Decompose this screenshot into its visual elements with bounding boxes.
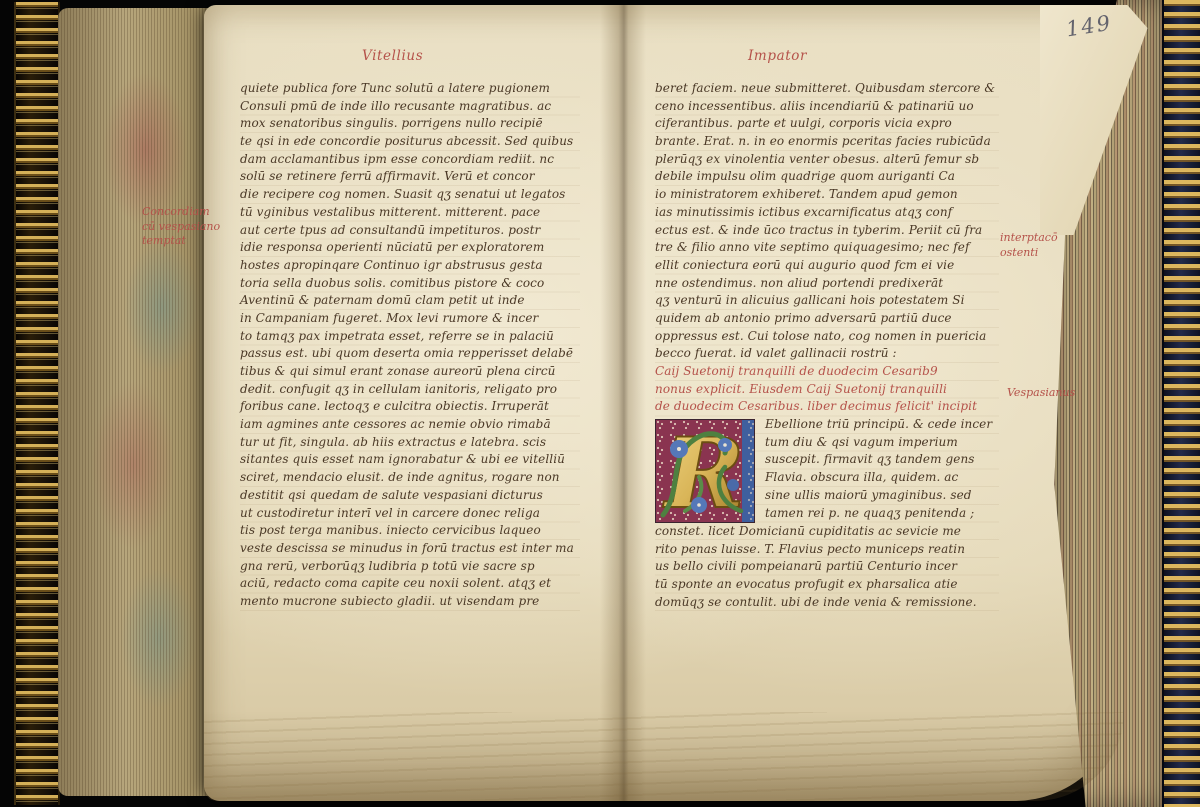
manuscript-text-line: nne ostendimus. non aliud portendi predi…	[655, 275, 999, 293]
manuscript-text-line: ostenti	[1000, 246, 1058, 261]
manuscript-text-line: sciret, mendacio elusit. de inde agnitus…	[240, 469, 580, 487]
manuscript-text-line: tur ut fit, singula. ab hiis extractus e…	[240, 434, 580, 452]
right-cover-gold-tooling	[1162, 0, 1200, 807]
vespasian-incipit-section: R Ebellione triū principū. & cede incert…	[655, 416, 999, 523]
manuscript-text-line: constet. licet Domicianū cupiditatis ac …	[655, 523, 999, 541]
manuscript-text-line: hostes apropinqare Continuo igr abstrusu…	[240, 257, 580, 275]
manuscript-text-line: Concordiam	[142, 205, 220, 220]
illuminated-initial: R	[655, 419, 755, 523]
left-cover-gold-tooling	[14, 2, 60, 805]
manuscript-text-line: us bello civili pompeianarū partiū Centu…	[655, 558, 999, 576]
manuscript-text-line: toria sella duobus solis. comitibus pist…	[240, 275, 580, 293]
explicit-incipit-rubric: Caij Suetonij tranquilli de duodecim Ces…	[655, 363, 999, 416]
vespasian-continuation-text: constet. licet Domicianū cupiditatis ac …	[655, 523, 999, 611]
running-header-right: Impator	[748, 48, 807, 64]
manuscript-text-line: aciū, redacto coma capite ceu noxii sole…	[240, 575, 580, 593]
manuscript-text-line: veste descissa se minudus in forū tractu…	[240, 540, 580, 558]
manuscript-text-line: Caij Suetonij tranquilli de duodecim Ces…	[655, 363, 999, 381]
manuscript-text-line: idie responsa operienti nūciatū per expl…	[240, 239, 580, 257]
manuscript-text-line: cū vespasiano	[142, 220, 220, 235]
manuscript-text-line: mox senatoribus singulis. porrigens null…	[240, 115, 580, 133]
manuscript-text-line: ellit coniectura eorū qui augurio quod f…	[655, 257, 999, 275]
manuscript-text-line: mento mucrone subiecto gladii. ut visend…	[240, 593, 580, 611]
manuscript-text-line: interptacō	[1000, 231, 1058, 246]
manuscript-text-line: beret faciem. neue submitteret. Quibusda…	[655, 80, 999, 98]
margin-note-concordiam: Concordiamcū vespasianotemptat	[142, 205, 220, 249]
manuscript-text-line: die recipere cog nomen. Suasit qʒ senatu…	[240, 186, 580, 204]
manuscript-text-line: nonus explicit. Eiusdem Caij Suetonij tr…	[655, 381, 999, 399]
manuscript-text-line: tre & filio anno vite septimo quiquagesi…	[655, 239, 999, 257]
gutter-shadow	[600, 5, 646, 801]
left-page-text: quiete publica fore Tunc solutū a latere…	[240, 80, 580, 611]
page-bottom-shading	[204, 712, 1124, 801]
manuscript-text-line: tū sponte an evocatus profugit ex pharsa…	[655, 576, 999, 594]
manuscript-text-line: Aventinū & paternam domū clam petit ut i…	[240, 292, 580, 310]
manuscript-photo: 149 Vitellius Impator Concordiamcū vespa…	[0, 0, 1200, 807]
manuscript-text-line: plerūqʒ ex vinolentia venter obesus. alt…	[655, 151, 999, 169]
manuscript-text-line: in Campaniam fugeret. Mox levi rumore & …	[240, 310, 580, 328]
manuscript-text-line: debile impulsu olim quadrige quom auriga…	[655, 168, 999, 186]
manuscript-text-line: oppressus est. Cui tolose nato, cog nome…	[655, 328, 999, 346]
margin-note-interpretatio: interptacōostenti	[1000, 231, 1058, 260]
manuscript-text-line: tibus & qui simul erant zonase aureorū p…	[240, 363, 580, 381]
manuscript-text-line: ias minutissimis ictibus excarnificatus …	[655, 204, 999, 222]
manuscript-text-line: tis post terga manibus. iniecto cervicib…	[240, 522, 580, 540]
manuscript-text-line: sitantes quis esset nam ignorabatur & ub…	[240, 451, 580, 469]
manuscript-text-line: brante. Erat. n. in eo enormis pceritas …	[655, 133, 999, 151]
manuscript-text-line: becco fuerat. id valet gallinacii rostrū…	[655, 345, 999, 363]
manuscript-text-line: passus est. ubi quom deserta omia repper…	[240, 345, 580, 363]
running-header-left: Vitellius	[362, 48, 423, 64]
manuscript-text-line: iam agmines ante cessores ac nemie obvio…	[240, 416, 580, 434]
manuscript-text-line: tū vginibus vestalibus mitterent. mitter…	[240, 204, 580, 222]
manuscript-text-line: to tamqʒ pax impetrata esset, referre se…	[240, 328, 580, 346]
manuscript-text-line: quiete publica fore Tunc solutū a latere…	[240, 80, 580, 98]
manuscript-text-line: rito penas luisse. T. Flavius pecto muni…	[655, 541, 999, 559]
manuscript-text-line: quidem ab antonio primo adversarū partiū…	[655, 310, 999, 328]
left-painted-foredge	[58, 8, 226, 796]
manuscript-text-line: dam acclamantibus ipm esse concordiam re…	[240, 151, 580, 169]
manuscript-text-line: solū se retinere ferrū affirmavit. Verū …	[240, 168, 580, 186]
manuscript-text-line: temptat	[142, 234, 220, 249]
manuscript-text-line: ciferantibus. parte et uulgi, corporis v…	[655, 115, 999, 133]
manuscript-text-line: ceno incessentibus. aliis incendiariū & …	[655, 98, 999, 116]
manuscript-text-line: ectus est. & inde ūco tractus in tyberim…	[655, 222, 999, 240]
manuscript-text-line: destitit qsi quedam de salute vespasiani…	[240, 487, 580, 505]
manuscript-text-line: io ministratorem exhiberet. Tandem apud …	[655, 186, 999, 204]
right-page-text: beret faciem. neue submitteret. Quibusda…	[655, 80, 999, 612]
manuscript-text-line: gna rerū, verborūqʒ ludibria p totū vie …	[240, 558, 580, 576]
manuscript-text-line: dedit. confugit qʒ in cellulam ianitoris…	[240, 381, 580, 399]
manuscript-text-line: aut certe tpus ad consultandū impetituro…	[240, 222, 580, 240]
margin-note-vespasianus: Vespasianus	[1007, 386, 1075, 401]
right-page-vitellius-end: beret faciem. neue submitteret. Quibusda…	[655, 80, 999, 363]
manuscript-text-line: foribus cane. lectoqʒ e culcitra obiecti…	[240, 398, 580, 416]
manuscript-text-line: de duodecim Cesaribus. liber decimus fel…	[655, 398, 999, 416]
manuscript-text-line: Vespasianus	[1007, 386, 1075, 401]
manuscript-text-line: Consuli pmū de inde illo recusante magra…	[240, 98, 580, 116]
manuscript-text-line: qʒ venturū in alicuius gallicani hois po…	[655, 292, 999, 310]
manuscript-text-line: te qsi in ede concordie positurus abcess…	[240, 133, 580, 151]
manuscript-text-line: domūqʒ se contulit. ubi de inde venia & …	[655, 594, 999, 612]
manuscript-text-line: ut custodiretur interī vel in carcere do…	[240, 505, 580, 523]
